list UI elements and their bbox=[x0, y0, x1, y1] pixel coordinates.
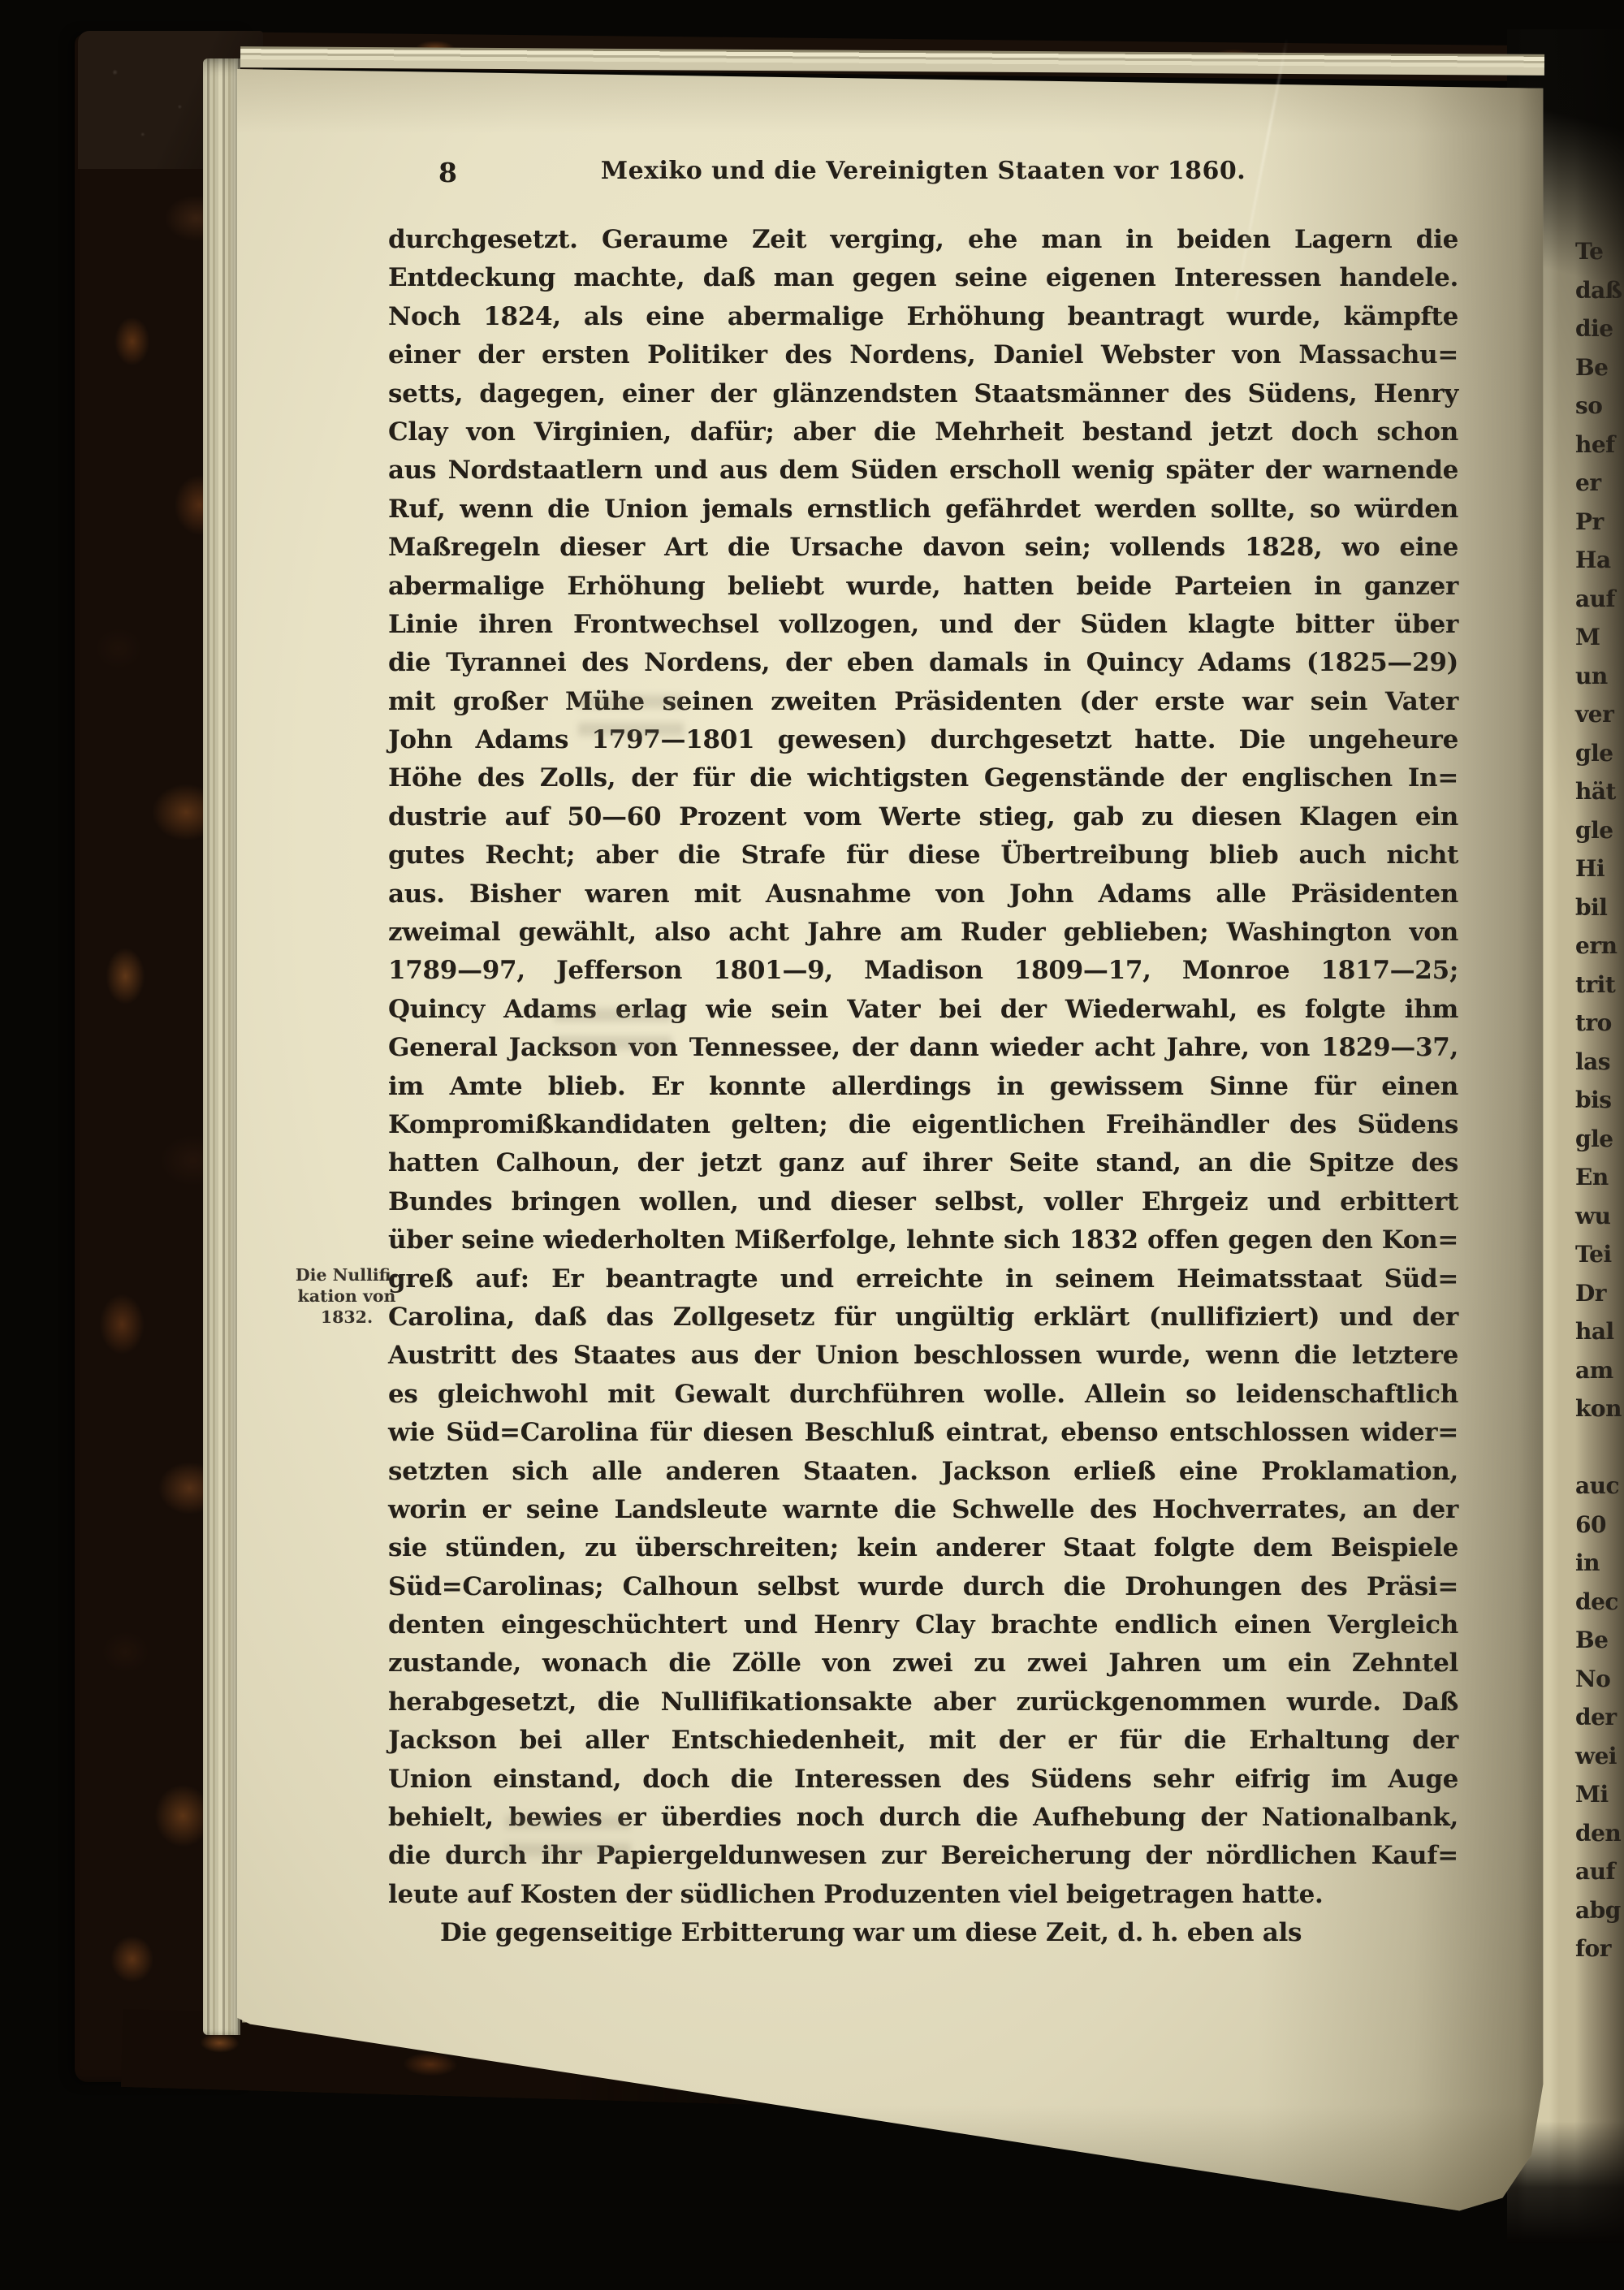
body-line: über seine wiederholten Mißerfolge, lehn… bbox=[388, 1221, 1458, 1259]
body-line: wie Süd=Carolina für diesen Beschluß ein… bbox=[388, 1414, 1458, 1452]
body-line: Kompromißkandidaten gelten; die eigentli… bbox=[388, 1106, 1458, 1144]
next-page-line-start: der bbox=[1575, 1698, 1624, 1737]
next-page-line-start: bil bbox=[1575, 888, 1624, 927]
body-line: Carolina, daß das Zollgesetz für ungülti… bbox=[388, 1298, 1458, 1337]
next-page-line-start: Tei bbox=[1575, 1235, 1624, 1274]
page-header: 8 Mexiko und die Vereinigten Staaten vor… bbox=[388, 157, 1458, 194]
next-page-line-start: ern bbox=[1575, 927, 1624, 966]
body-line: Süd=Carolinas; Calhoun selbst wurde durc… bbox=[388, 1568, 1458, 1606]
body-line: Linie ihren Frontwechsel vollzogen, und … bbox=[388, 606, 1458, 644]
next-page-line-start: 60 bbox=[1575, 1506, 1624, 1545]
body-line: zustande, wonach die Zölle von zwei zu z… bbox=[388, 1644, 1458, 1683]
body-line: Entdeckung machte, daß man gegen seine e… bbox=[388, 259, 1458, 297]
body-line: Quincy Adams erlag wie sein Vater bei de… bbox=[388, 991, 1458, 1029]
next-page-line-start: trit bbox=[1575, 966, 1624, 1005]
body-line: John Adams 1797—1801 gewesen) durchgeset… bbox=[388, 721, 1458, 759]
next-page-line-start: tro bbox=[1575, 1004, 1624, 1043]
body-line: 1789—97, Jefferson 1801—9, Madison 1809—… bbox=[388, 952, 1458, 990]
running-title: Mexiko und die Vereinigten Staaten vor 1… bbox=[388, 157, 1458, 185]
body-line: hatten Calhoun, der jetzt ganz auf ihrer… bbox=[388, 1144, 1458, 1182]
show-through-smudge bbox=[578, 688, 684, 741]
next-page-line-start: ver bbox=[1575, 695, 1624, 734]
next-page-line-start: Dr bbox=[1575, 1274, 1624, 1313]
next-page-line-start: er bbox=[1575, 464, 1624, 503]
body-line: mit großer Mühe seinen zweiten Präsident… bbox=[388, 683, 1458, 721]
next-page-line-start: in bbox=[1575, 1544, 1624, 1583]
next-page-line-start: daß bbox=[1575, 271, 1624, 310]
next-page-line-start: hef bbox=[1575, 426, 1624, 464]
next-page-line-start: hät bbox=[1575, 772, 1624, 811]
body-line: Clay von Virginien, dafür; aber die Mehr… bbox=[388, 413, 1458, 452]
body-line: aus Nordstaatlern und aus dem Süden ersc… bbox=[388, 452, 1458, 490]
body-line: abermalige Erhöhung beliebt wurde, hatte… bbox=[388, 568, 1458, 606]
body-line: Höhe des Zolls, der für die wichtigsten … bbox=[388, 759, 1458, 797]
next-page-line-start: am bbox=[1575, 1351, 1624, 1390]
body-line: Jackson bei aller Entschiedenheit, mit d… bbox=[388, 1722, 1458, 1760]
body-line: Die gegenseitige Erbitterung war um dies… bbox=[388, 1914, 1458, 1952]
page-stack-edge bbox=[203, 58, 240, 2035]
body-line: Maßregeln dieser Art die Ursache davon s… bbox=[388, 529, 1458, 567]
show-through-smudge bbox=[505, 1808, 631, 1869]
page-number: 8 bbox=[438, 157, 457, 188]
show-through-smudge bbox=[554, 1001, 672, 1053]
body-line: greß auf: Er beantragte und erreichte in… bbox=[388, 1260, 1458, 1298]
next-page-line-start: wei bbox=[1575, 1737, 1624, 1776]
next-page-line-start: gle bbox=[1575, 811, 1624, 850]
body-line: Noch 1824, als eine abermalige Erhöhung … bbox=[388, 298, 1458, 336]
next-page-line-start: M bbox=[1575, 618, 1624, 657]
body-line: denten eingeschüchtert und Henry Clay br… bbox=[388, 1606, 1458, 1644]
body-line: Bundes bringen wollen, und dieser selbst… bbox=[388, 1183, 1458, 1221]
book-page: 8 Mexiko und die Vereinigten Staaten vor… bbox=[237, 69, 1544, 2213]
body-line: sie stünden, zu überschreiten; kein ande… bbox=[388, 1529, 1458, 1567]
body-line: Union einstand, doch die Interessen des … bbox=[388, 1761, 1458, 1799]
next-page-line-start: abg bbox=[1575, 1891, 1624, 1930]
body-line: leute auf Kosten der südlichen Produzent… bbox=[388, 1876, 1458, 1914]
next-page-line-start: for bbox=[1575, 1929, 1624, 1968]
body-line: herabgesetzt, die Nullifikationsakte abe… bbox=[388, 1683, 1458, 1722]
next-page-line-start: Mi bbox=[1575, 1775, 1624, 1814]
next-page-line-starts: TedaßdieBesoheferPrHaaufMunverglehätgleH… bbox=[1575, 232, 1624, 1968]
body-line: einer der ersten Politiker des Nordens, … bbox=[388, 336, 1458, 374]
next-page-line-start: den bbox=[1575, 1814, 1624, 1853]
body-line: setts, dagegen, einer der glänzendsten S… bbox=[388, 375, 1458, 413]
next-page-line-start: die bbox=[1575, 309, 1624, 348]
body-line: zweimal gewählt, also acht Jahre am Rude… bbox=[388, 914, 1458, 952]
next-page-line-start: Be bbox=[1575, 348, 1624, 387]
next-page-line-start: kon bbox=[1575, 1389, 1624, 1428]
next-page-line-start: Ha bbox=[1575, 541, 1624, 580]
body-line: die Tyrannei des Nordens, der eben damal… bbox=[388, 644, 1458, 682]
next-page-line-start: so bbox=[1575, 387, 1624, 426]
next-page-line-start: bis bbox=[1575, 1081, 1624, 1120]
next-page-line-start: un bbox=[1575, 657, 1624, 696]
body-line: General Jackson von Tennessee, der dann … bbox=[388, 1029, 1458, 1067]
body-line: aus. Bisher waren mit Ausnahme von John … bbox=[388, 875, 1458, 914]
next-page-line-start: dec bbox=[1575, 1583, 1624, 1622]
next-page-line-start: las bbox=[1575, 1043, 1624, 1082]
next-page-line-start: Pr bbox=[1575, 503, 1624, 542]
next-page-line-start: No bbox=[1575, 1660, 1624, 1699]
body-text: durchgesetzt. Geraume Zeit verging, ehe … bbox=[388, 221, 1458, 1953]
next-page-line-start: Te bbox=[1575, 232, 1624, 271]
next-page-line-start: En bbox=[1575, 1158, 1624, 1197]
next-page-line-start: gle bbox=[1575, 734, 1624, 773]
body-line: es gleichwohl mit Gewalt durchführen wol… bbox=[388, 1376, 1458, 1414]
next-page-line-start: gle bbox=[1575, 1120, 1624, 1159]
next-page-line-start: Be bbox=[1575, 1621, 1624, 1660]
body-line: im Amte blieb. Er konnte allerdings in g… bbox=[388, 1068, 1458, 1106]
body-line: Austritt des Staates aus der Union besch… bbox=[388, 1337, 1458, 1375]
body-line: worin er seine Landsleute warnte die Sch… bbox=[388, 1491, 1458, 1529]
next-page-line-start bbox=[1575, 1428, 1624, 1467]
next-page-line-start: auc bbox=[1575, 1467, 1624, 1506]
body-line: durchgesetzt. Geraume Zeit verging, ehe … bbox=[388, 221, 1458, 259]
body-line: dustrie auf 50—60 Prozent vom Werte stie… bbox=[388, 798, 1458, 836]
next-page-line-start: hal bbox=[1575, 1312, 1624, 1351]
next-page-line-start: wu bbox=[1575, 1197, 1624, 1236]
body-line: setzten sich alle anderen Staaten. Jacks… bbox=[388, 1453, 1458, 1491]
body-line: Ruf, wenn die Union jemals ernstlich gef… bbox=[388, 490, 1458, 529]
body-line: gutes Recht; aber die Strafe für diese Ü… bbox=[388, 836, 1458, 875]
next-page-line-start: auf bbox=[1575, 1852, 1624, 1891]
next-page-line-start: Hi bbox=[1575, 849, 1624, 888]
next-page-line-start: auf bbox=[1575, 580, 1624, 619]
